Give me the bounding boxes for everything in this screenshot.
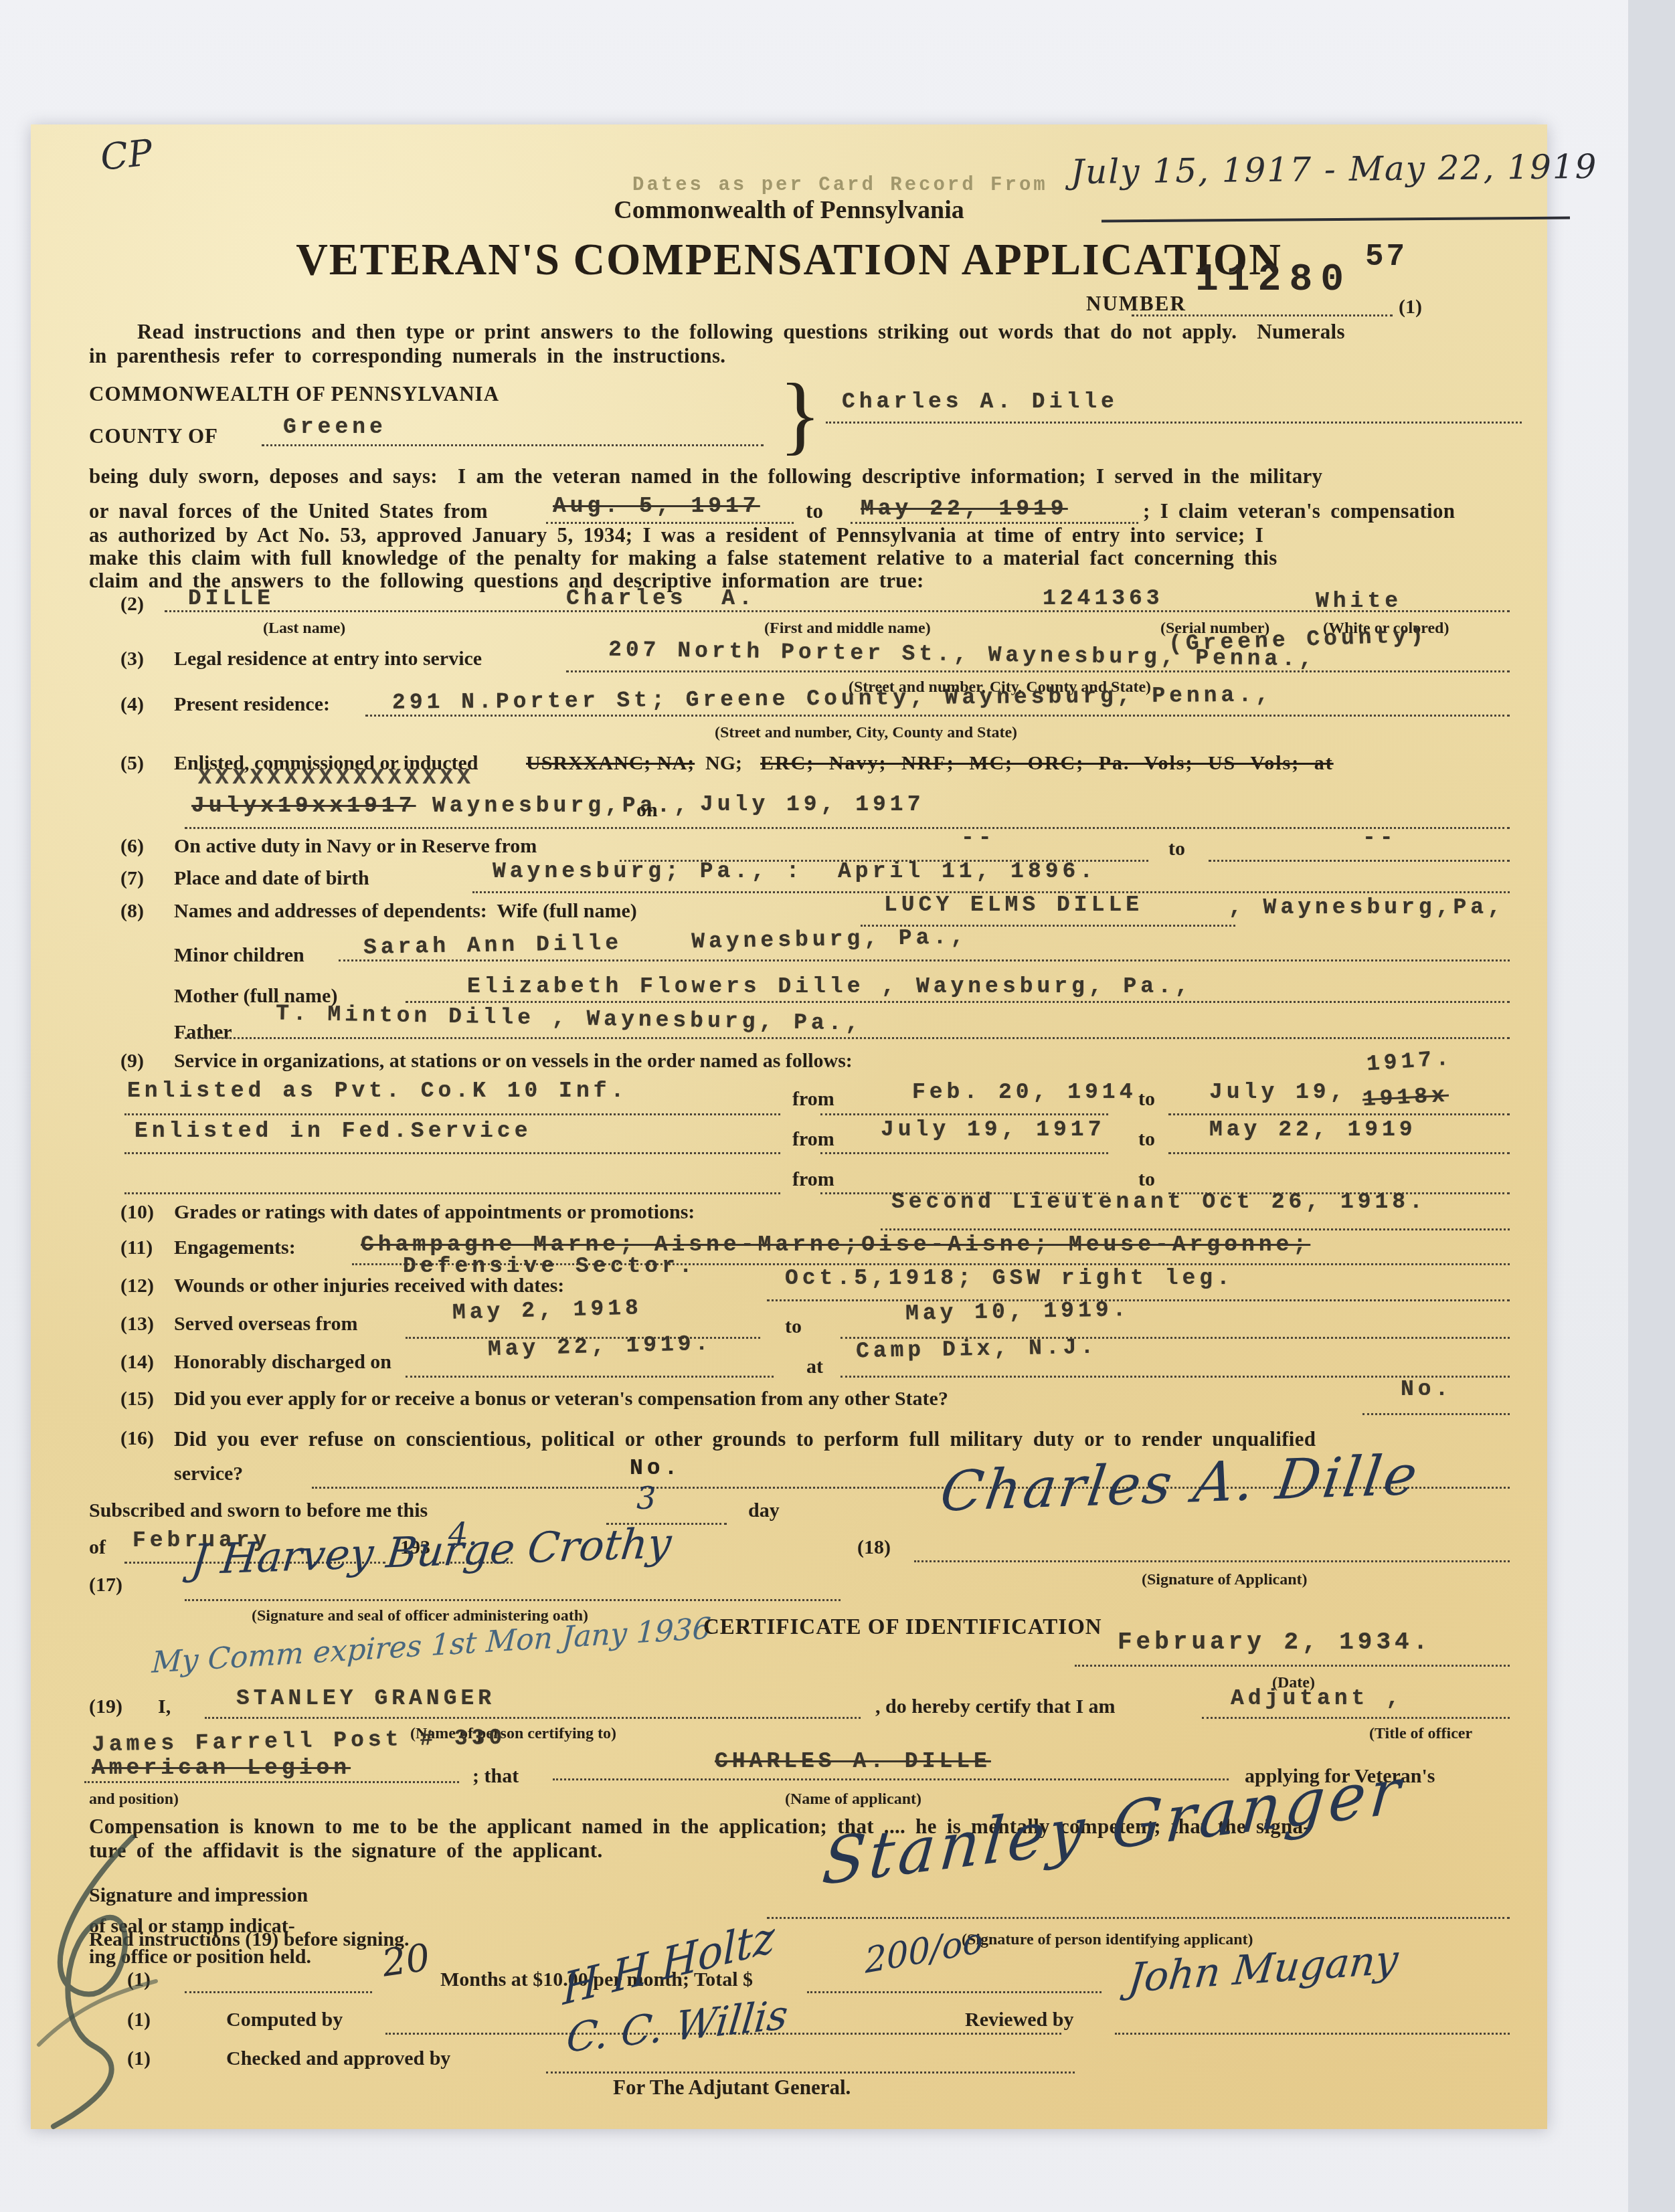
certifier-organization: American Legion	[92, 1756, 351, 1780]
commonwealth-heading: Commonwealth of Pennsylvania	[31, 195, 1547, 225]
number-instruction-ref: (1)	[1399, 296, 1422, 318]
q8-children-rule	[339, 959, 1510, 961]
state-label: COMMONWEALTH OF PENNSYLVANIA	[89, 382, 499, 406]
q13-number: (13)	[120, 1313, 154, 1335]
q14-place: Camp Dix, N.J.	[856, 1335, 1098, 1364]
identifier-signature-rule	[767, 1917, 1510, 1919]
q9-row1-organization: Enlisted as Pvt. Co.K 10 Inf.	[127, 1079, 628, 1103]
reviewed-by-rule	[1115, 2033, 1510, 2035]
q16-line2-label: service?	[174, 1463, 243, 1485]
q15-rule	[1362, 1413, 1510, 1415]
q12-value: Oct.5,1918; GSW right leg.	[785, 1266, 1234, 1291]
q9-row3-to-word: to	[1138, 1168, 1155, 1191]
certificate-date-rule	[1075, 1665, 1510, 1667]
q6-number: (6)	[120, 835, 144, 858]
sworn-para-line3: as authorized by Act No. 53, approved Ja…	[89, 523, 1263, 547]
q9-row2-rule-a	[124, 1152, 780, 1154]
q19-certify-text: , do hereby certify that I am	[875, 1695, 1116, 1718]
service-to-date: May 22, 1919	[861, 496, 1068, 521]
q4-label: Present residence:	[174, 693, 330, 716]
q9-row2-from-date: July 19, 1917	[881, 1117, 1105, 1142]
q13-to-date: May 10, 1919.	[905, 1297, 1130, 1326]
oath-day-word: day	[748, 1499, 780, 1522]
identifier-signature-label: (Signature of person identifying applica…	[962, 1931, 1253, 1949]
q2-first-middle: Charles A.	[566, 586, 756, 611]
q15-answer: No.	[1401, 1377, 1452, 1402]
months-blank-rule	[185, 1991, 372, 1993]
certifier-title: Adjutant ,	[1231, 1686, 1403, 1711]
application-number: 11280	[1195, 258, 1352, 302]
q9-row1-to-date: July 19,	[1209, 1080, 1347, 1105]
q15-number: (15)	[120, 1388, 154, 1410]
q17-number: (17)	[89, 1574, 122, 1596]
q19-title-label: (Title of officer	[1369, 1725, 1472, 1743]
q2-label-last: (Last name)	[263, 620, 345, 638]
q9-row1-rule-a	[124, 1113, 780, 1115]
q9-row2-from-word: from	[792, 1128, 834, 1151]
q17-rule	[185, 1599, 841, 1601]
q9-row1-to-year-struck: 1918x	[1362, 1083, 1449, 1113]
applicant-name-typed: Charles A. Dille	[842, 389, 1118, 414]
q8-father-rule	[185, 1037, 1510, 1039]
q12-number: (12)	[120, 1275, 154, 1297]
q14-date: May 22, 1919.	[488, 1331, 713, 1362]
q11-number: (11)	[120, 1236, 153, 1259]
checked-approved-label: Checked and approved by	[226, 2047, 450, 2070]
q9-label: Service in organizations, at stations or…	[174, 1050, 853, 1073]
instructions-line2: in parenthesis refer to corresponding nu…	[89, 344, 725, 368]
identifier-signature: Stanley Granger	[819, 1754, 1407, 1900]
q19-i-word: I,	[158, 1695, 171, 1718]
q2-serial-number: 1241363	[1043, 586, 1164, 611]
q16-answer: No.	[630, 1456, 681, 1481]
sworn-to-word: to	[806, 499, 823, 523]
q19-applicant-rule	[553, 1778, 1229, 1780]
q8-father-value: T. Minton Dille , Waynesburg, Pa.,	[276, 1001, 863, 1036]
q9-row1-to-year-corrected: 1917.	[1366, 1046, 1453, 1077]
scanned-document-page: { "page": { "cp": "CP", "card_note": "Da…	[0, 0, 1675, 2212]
q8-children-label: Minor children	[174, 944, 304, 967]
q5-number: (5)	[120, 752, 144, 775]
q10-value: Second Lieutenant Oct 26, 1918.	[891, 1190, 1427, 1214]
oath-line1: Subscribed and sworn to before me this	[89, 1499, 428, 1522]
q6-label: On active duty in Navy or in Reserve fro…	[174, 835, 537, 858]
number-label: NUMBER	[1086, 292, 1186, 316]
q19-title-rule	[1202, 1717, 1510, 1719]
q8-children-value: Sarah Ann Dille Waynesburg, Pa.,	[363, 925, 968, 960]
reviewed-by-label: Reviewed by	[965, 2009, 1073, 2031]
q9-number: (9)	[120, 1050, 144, 1073]
q14-rule1	[406, 1376, 774, 1378]
sworn-para-line2a: or naval forces of the United States fro…	[89, 499, 488, 523]
q9-row1-from-date: Feb. 20, 1914	[912, 1080, 1136, 1105]
q7-value: Waynesburg; Pa., : April 11, 1896.	[493, 859, 1097, 884]
q3-label: Legal residence at entry into service	[174, 648, 482, 670]
q9-row2-to-word: to	[1138, 1128, 1155, 1151]
instructions-line1: Read instructions and then type or print…	[89, 320, 1345, 344]
q18-rule	[914, 1560, 1510, 1562]
q5-on-word: on	[636, 799, 658, 822]
q3-rule	[566, 670, 1510, 672]
q9-row1-to-word: to	[1138, 1088, 1155, 1111]
sworn-para-line2b: ; I claim veteran's compensation	[1143, 499, 1455, 523]
months-value-handwritten: 20	[379, 1936, 433, 1985]
q5-value: July 19, 1917	[700, 792, 924, 817]
q19-that-word: ; that	[472, 1765, 519, 1788]
total-rule	[807, 1991, 1101, 1993]
q7-number: (7)	[120, 867, 144, 890]
q15-label: Did you ever apply for or receive a bonu…	[174, 1388, 948, 1410]
q13-from-date: May 2, 1918	[452, 1295, 643, 1325]
q4-rule	[365, 715, 1510, 717]
q19-org-rule	[84, 1781, 459, 1783]
q9-row3-rule-a	[124, 1192, 780, 1194]
county-value: Greene	[283, 415, 387, 440]
certificate-date: February 2, 1934.	[1118, 1629, 1431, 1656]
q5-struck-options-a: USRXXANC; NA;	[526, 752, 695, 775]
scribble-mark	[19, 1824, 199, 2138]
q19-number: (19)	[89, 1695, 122, 1718]
application-number-suffix: 57	[1365, 240, 1407, 274]
q14-at-word: at	[806, 1356, 823, 1378]
card-record-dates-handwritten: July 15, 1917 - May 22, 1919	[1071, 147, 1598, 191]
q13-label: Served overseas from	[174, 1313, 357, 1335]
q19-position-label: and position)	[89, 1790, 179, 1809]
q2-rule	[165, 610, 1510, 612]
q4-value: 291 N.Porter St; Greene County, Waynesbu…	[392, 682, 1273, 715]
q8-father-label: Father	[174, 1021, 232, 1044]
adjutant-general-footer: For The Adjutant General.	[613, 2076, 851, 2100]
q8-label: Names and addresses of dependents: Wife …	[174, 900, 637, 923]
county-label: COUNTY OF	[89, 424, 218, 448]
sworn-para-line4: make this claim with full knowledge of t…	[89, 546, 1277, 570]
computed-by-label: Computed by	[226, 2009, 343, 2031]
q4-number: (4)	[120, 693, 144, 716]
q10-label: Grades or ratings with dates of appointm…	[174, 1201, 695, 1224]
q19-applicant-label: (Name of applicant)	[785, 1790, 921, 1809]
q16-number: (16)	[120, 1427, 154, 1450]
q9-row3-from-word: from	[792, 1168, 834, 1191]
oath-of-word: of	[89, 1536, 106, 1559]
q9-row2-organization: Enlisted in Fed.Service	[135, 1119, 531, 1143]
applicant-signature: Charles A. Dille	[937, 1443, 1424, 1524]
q14-label: Honorably discharged on	[174, 1351, 391, 1374]
q13-to-word: to	[785, 1315, 802, 1338]
q14-number: (14)	[120, 1351, 154, 1374]
q6-dash1: --	[961, 826, 996, 850]
q5-struck-typed-date: Julyx19xx1917	[191, 794, 416, 818]
q9-row2-rule-c	[1168, 1152, 1510, 1154]
q18-label: (Signature of Applicant)	[1142, 1571, 1308, 1589]
q5-kept-option: NG;	[705, 752, 742, 775]
q8-wife-name: LUCY ELMS DILLE	[884, 893, 1143, 917]
q8-mother-rule	[406, 1001, 1510, 1003]
cp-handwritten-mark: CP	[98, 131, 155, 179]
q8-mother-value: Elizabeth Flowers Dille , Waynesburg, Pa…	[467, 974, 1193, 999]
applicant-name-rule	[826, 422, 1522, 424]
q2-label-first: (First and middle name)	[764, 620, 931, 638]
total-value-handwritten: 200/oo	[864, 1920, 984, 1982]
q16-line1: Did you ever refuse on conscientious, po…	[174, 1427, 1316, 1451]
q7-label: Place and date of birth	[174, 867, 369, 890]
card-record-note: Dates as per Card Record From	[632, 174, 1048, 196]
q9-row1-from-word: from	[792, 1088, 834, 1111]
q6-dash2: --	[1362, 826, 1397, 850]
q4-sublabel: (Street and number, City, County and Sta…	[715, 724, 1017, 742]
brace-glyph: }	[779, 363, 821, 465]
q3-number: (3)	[120, 648, 144, 670]
service-from-date: Aug. 5, 1917	[553, 494, 760, 519]
q10-number: (10)	[120, 1201, 154, 1224]
q12-rule	[767, 1299, 1510, 1301]
q18-number: (18)	[857, 1536, 891, 1559]
q11-label: Engagements:	[174, 1236, 296, 1259]
q2-number: (2)	[120, 593, 144, 616]
certifier-post: James Farrell Post # 330	[92, 1726, 507, 1758]
application-form-paper: CP Dates as per Card Record From July 15…	[31, 124, 1547, 2129]
q5-rule	[185, 827, 1510, 829]
q8-wife-address: , Waynesburg,Pa,	[1229, 895, 1505, 920]
q19-name-rule	[205, 1717, 861, 1719]
q5-struck-options-b: ERC; Navy; NRF; MC; ORC; Pa. Vols; US Vo…	[760, 752, 1334, 775]
scanner-edge	[1628, 0, 1675, 2212]
q9-row1-rule-c	[1168, 1113, 1510, 1115]
q9-row2-to-date: May 22, 1919	[1209, 1117, 1417, 1142]
q6-to-word: to	[1168, 838, 1185, 860]
sworn-para-line1: being duly sworn, deposes and says: I am…	[89, 464, 1322, 488]
q12-label: Wounds or other injuries received with d…	[174, 1275, 564, 1297]
q10-rule	[881, 1228, 1510, 1230]
q19-applicant-name: CHARLES A. DILLE	[715, 1749, 991, 1774]
q8-number: (8)	[120, 900, 144, 923]
oath-day-handwritten: 3	[636, 1480, 656, 1516]
certifier-name: STANLEY GRANGER	[236, 1686, 495, 1711]
q6-rule2	[1209, 860, 1510, 862]
certificate-title: CERTIFICATE OF IDENTIFICATION	[703, 1615, 1102, 1640]
q9-row2-rule-b	[820, 1152, 1108, 1154]
q2-last-name: DILLE	[188, 586, 274, 611]
checked-approved-rule	[546, 2071, 1075, 2073]
q9-row1-rule-b	[820, 1113, 1108, 1115]
county-rule	[262, 444, 764, 446]
q5-x-overstrike-row: XXXXXXXXXXXXXXXX	[198, 765, 474, 790]
number-rule	[1132, 314, 1393, 316]
